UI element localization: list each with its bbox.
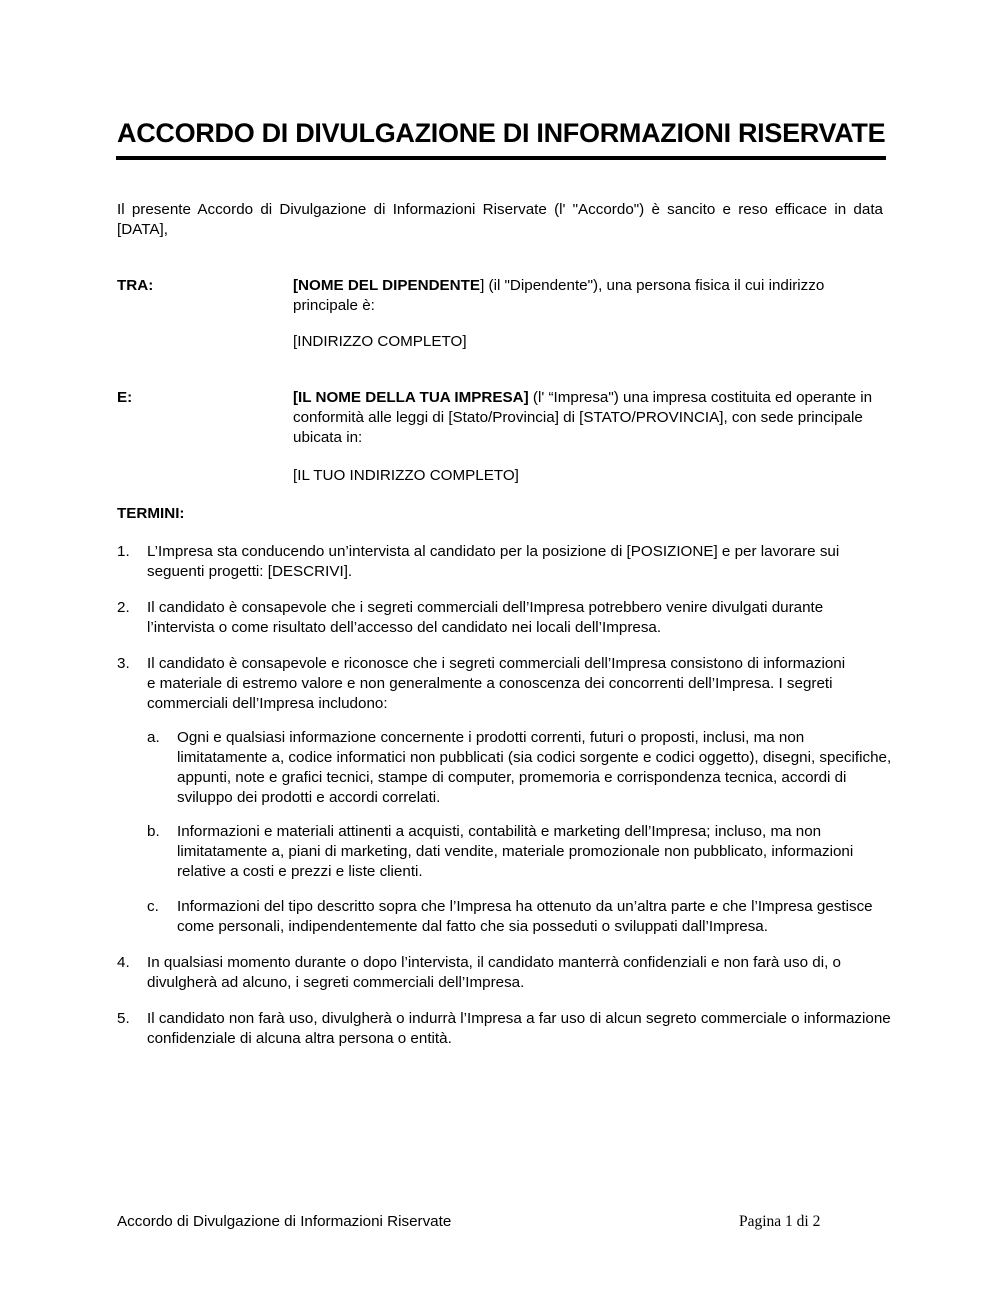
term-number: 4. — [117, 953, 141, 973]
footer-page-number: Pagina 1 di 2 — [739, 1213, 820, 1231]
term-number: 5. — [117, 1009, 141, 1029]
company-name-placeholder: [IL NOME DELLA TUA IMPRESA] — [293, 389, 529, 406]
employee-name-placeholder: [NOME DEL DIPENDENTE — [293, 277, 480, 294]
subterm-a-text: Ogni e qualsiasi informazione concernent… — [177, 728, 897, 808]
party-label-e: E: — [117, 388, 132, 408]
intro-paragraph: Il presente Accordo di Divulgazione di I… — [117, 200, 883, 240]
company-address-placeholder: [IL TUO INDIRIZZO COMPLETO] — [293, 466, 885, 486]
title-underline — [116, 156, 886, 160]
term-number: 2. — [117, 598, 141, 618]
subterm-letter: b. — [147, 822, 171, 842]
term-4-text: In qualsiasi momento durante o dopo l’in… — [147, 953, 892, 993]
party-label-tra: TRA: — [117, 276, 153, 296]
subterm-c-text: Informazioni del tipo descritto sopra ch… — [177, 897, 902, 937]
document-page: ACCORDO DI DIVULGAZIONE DI INFORMAZIONI … — [0, 0, 1000, 1290]
term-number: 3. — [117, 654, 141, 674]
terms-heading: TERMINI: — [117, 504, 185, 524]
subterm-b-text: Informazioni e materiali attinenti a acq… — [177, 822, 897, 882]
party-employee-description: [NOME DEL DIPENDENTE] (il "Dipendente"),… — [293, 276, 885, 316]
footer-document-title: Accordo di Divulgazione di Informazioni … — [117, 1213, 451, 1230]
employee-address-placeholder: [INDIRIZZO COMPLETO] — [293, 332, 885, 352]
party-company-description: [IL NOME DELLA TUA IMPRESA] (l' “Impresa… — [293, 388, 885, 448]
term-1-text: L’Impresa sta conducendo un’intervista a… — [147, 542, 892, 582]
subterm-letter: c. — [147, 897, 171, 917]
term-2-text: Il candidato è consapevole che i segreti… — [147, 598, 892, 638]
term-3-text: Il candidato è consapevole e riconosce c… — [147, 654, 847, 714]
term-5-text: Il candidato non farà uso, divulgherà o … — [147, 1009, 892, 1049]
document-title: ACCORDO DI DIVULGAZIONE DI INFORMAZIONI … — [117, 118, 887, 149]
term-number: 1. — [117, 542, 141, 562]
subterm-letter: a. — [147, 728, 171, 748]
